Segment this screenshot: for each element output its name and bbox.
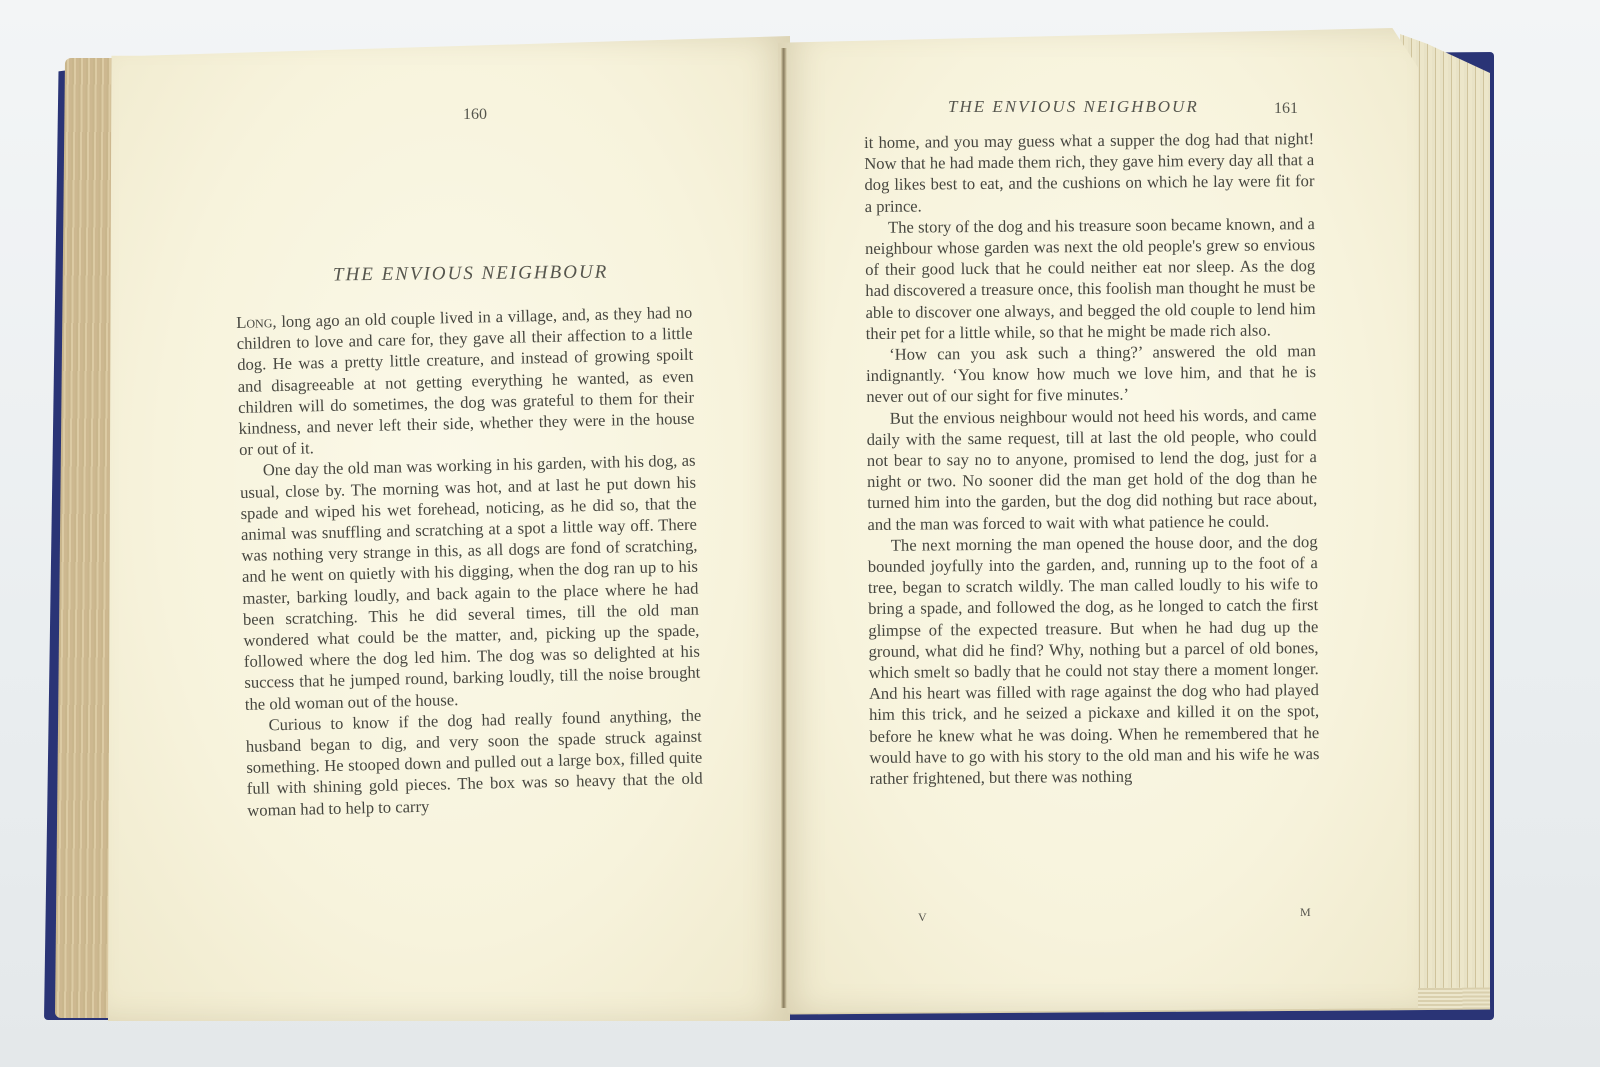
paragraph: The next morning the man opened the hous…	[868, 531, 1320, 789]
paragraph: Long, long ago an old couple lived in a …	[236, 302, 695, 461]
paragraph: The story of the dog and his treasure so…	[865, 213, 1316, 344]
running-head: THE ENVIOUS NEIGHBOUR	[948, 97, 1199, 117]
paragraph: Curious to know if the dog had really fo…	[245, 704, 703, 820]
signature-mark-left: V	[918, 910, 927, 925]
left-page-text: Long, long ago an old couple lived in a …	[236, 302, 703, 821]
signature-mark-right: M	[1300, 905, 1311, 920]
paragraph: One day the old man was working in his g…	[239, 450, 701, 715]
paragraph: it home, and you may guess what a supper…	[864, 128, 1315, 217]
chapter-title: THE ENVIOUS NEIGHBOUR	[333, 262, 608, 287]
paragraph: But the envious neighbour would not heed…	[866, 404, 1317, 535]
paragraph: ‘How can you ask such a thing?’ answered…	[866, 340, 1317, 408]
right-page-text: it home, and you may guess what a supper…	[864, 128, 1320, 789]
drop-word: Long	[236, 312, 273, 332]
page-number-right: 161	[1274, 100, 1298, 118]
book-gutter	[781, 48, 787, 1008]
left-page: 160 THE ENVIOUS NEIGHBOUR Long, long ago…	[108, 36, 790, 1021]
page-number-left: 160	[463, 106, 487, 124]
right-page: THE ENVIOUS NEIGHBOUR 161 it home, and y…	[778, 28, 1418, 1013]
